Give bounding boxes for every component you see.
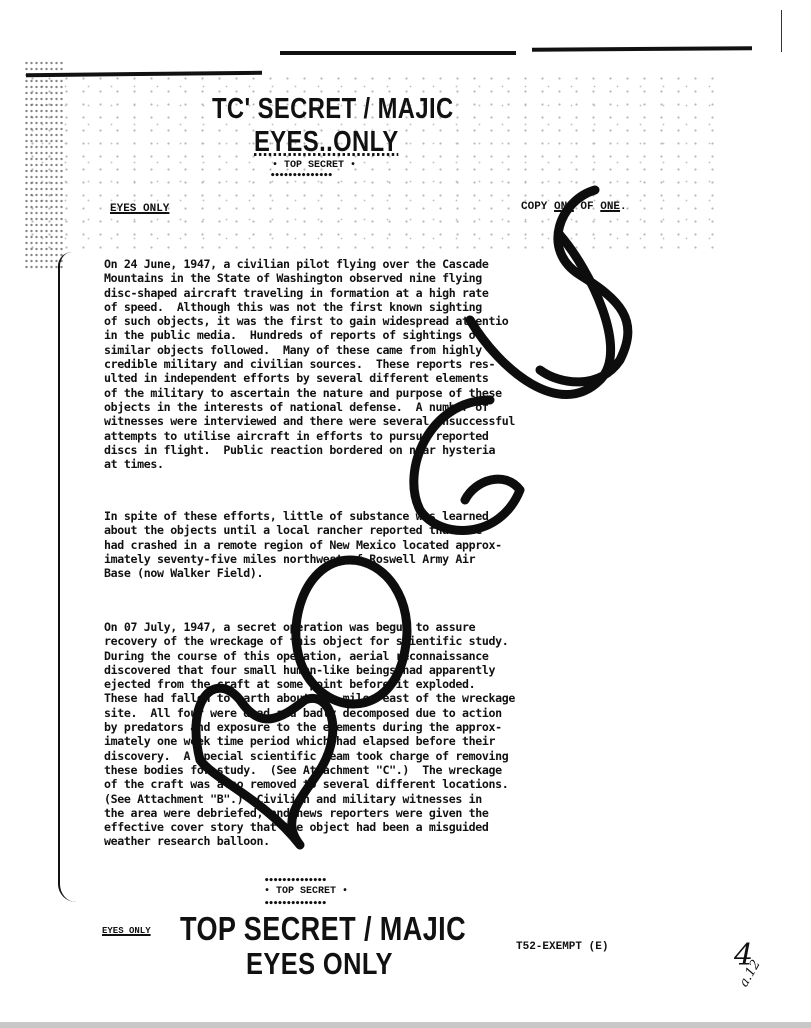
eyes-only-label-footer: EYES ONLY — [102, 926, 151, 936]
paragraph-3: On 07 July, 1947, a secret operation was… — [104, 620, 664, 849]
copy-total: ONE — [600, 201, 620, 213]
top-secret-label-footer: • TOP SECRET • — [264, 886, 348, 897]
classification-stamp-top: TC' SECRET / MAJIC — [212, 93, 454, 126]
top-border-rule — [280, 51, 516, 55]
copy-mid: OF — [574, 201, 600, 213]
classification-stamp-bottom: TOP SECRET / MAJIC — [180, 910, 466, 948]
copy-prefix: COPY — [521, 201, 554, 213]
copy-number: COPY ONE OF ONE. — [521, 201, 627, 213]
margin-bracket — [58, 252, 78, 902]
scan-edge-noise — [24, 60, 64, 270]
scan-bottom-edge — [0, 1022, 811, 1028]
exempt-code: T52-EXEMPT (E) — [516, 941, 608, 953]
copy-end: . — [620, 201, 627, 213]
top-border-rule — [532, 46, 752, 52]
paragraph-2: In spite of these efforts, little of sub… — [104, 509, 664, 580]
dot-row-top: •••••••••••••• — [270, 171, 332, 181]
eyes-only-label: EYES ONLY — [110, 203, 169, 215]
paragraph-1: On 24 June, 1947, a civilian pilot flyin… — [104, 257, 664, 471]
dot-row-footer-top: •••••••••••••• — [264, 876, 326, 886]
top-secret-label-top: • TOP SECRET • — [272, 160, 356, 171]
eyes-only-stamp-bottom: EYES ONLY — [246, 946, 393, 982]
scan-edge-line — [781, 10, 782, 52]
eyes-only-stamp-top: EYES..ONLY — [254, 126, 399, 159]
copy-one: ONE — [554, 201, 574, 213]
dot-row-footer-bottom: •••••••••••••• — [264, 899, 326, 909]
